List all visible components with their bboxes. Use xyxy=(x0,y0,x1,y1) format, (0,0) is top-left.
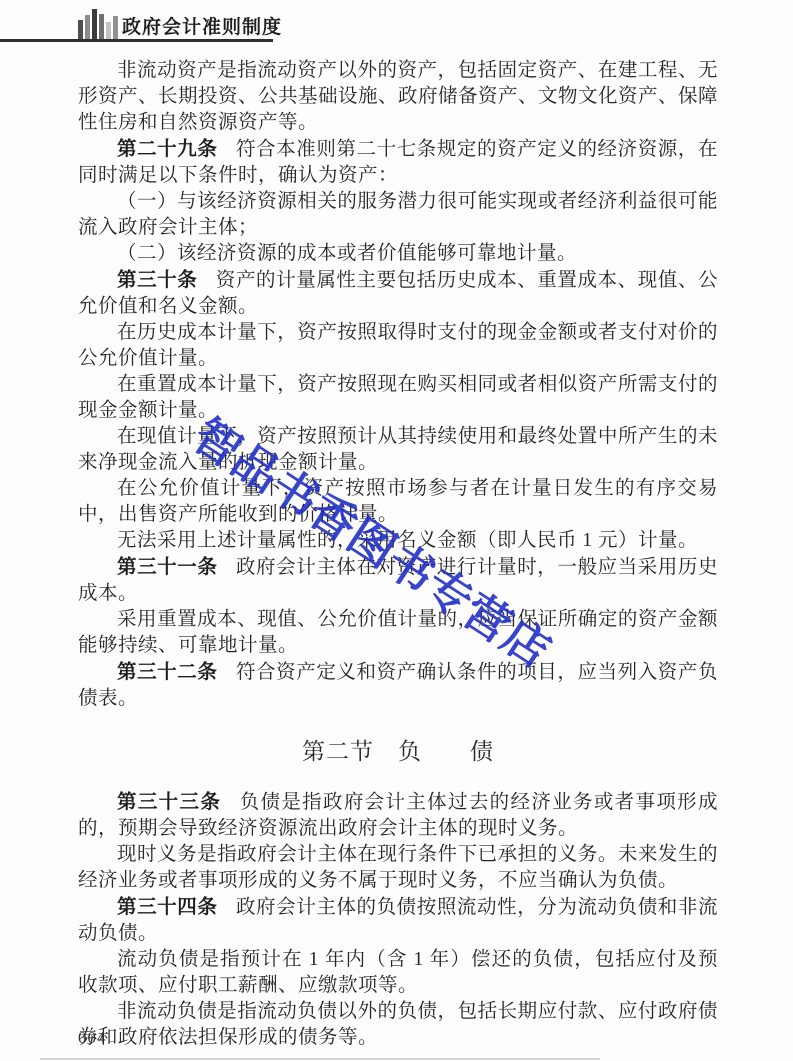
section-liabilities-paragraphs: 第三十三条负债是指政府会计主体过去的经济业务或者事项形成的，预期会导致经济资源流… xyxy=(78,789,718,1051)
logo-bar xyxy=(99,14,104,41)
book-title: 政府会计准则制度 xyxy=(122,12,282,39)
paragraph: 在历史成本计量下，资产按照取得时支付的现金金额或者支付对价的公允价值计量。 xyxy=(78,320,718,372)
logo-bar xyxy=(78,20,83,41)
paragraph-text: 现时义务是指政府会计主体在现行条件下已承担的义务。未来发生的经济业务或者事项形成… xyxy=(78,844,718,891)
paragraph: （一）与该经济资源相关的服务潜力很可能实现或者经济利益很可能流入政府会计主体； xyxy=(78,189,718,241)
paragraph: 非流动资产是指流动资产以外的资产，包括固定资产、在建工程、无形资产、长期投资、公… xyxy=(78,58,718,136)
logo-bar xyxy=(113,16,118,41)
paragraph: 第三十三条负债是指政府会计主体过去的经济业务或者事项形成的，预期会导致经济资源流… xyxy=(78,789,718,842)
bar-chart-logo-icon xyxy=(78,7,118,41)
page-header: 政府会计准则制度 xyxy=(0,0,793,48)
paragraph: 在公允价值计量下，资产按照市场参与者在计量日发生的有序交易中，出售资产所能收到的… xyxy=(78,476,718,528)
article-number: 第三十条 xyxy=(117,269,197,291)
article-number: 第三十四条 xyxy=(117,896,217,918)
paragraph-text: 非流动负债是指流动负债以外的负债，包括长期应付款、应付政府债券和政府依法担保形成… xyxy=(78,1001,718,1048)
paragraph-text: 无法采用上述计量属性的，采用名义金额（即人民币 1 元）计量。 xyxy=(117,530,698,551)
article-number: 第三十三条 xyxy=(117,791,221,813)
paragraph: 第三十二条符合资产定义和资产确认条件的项目，应当列入资产负债表。 xyxy=(78,659,718,712)
paragraph: 采用重置成本、现值、公允价值计量的，应当保证所确定的资产金额能够持续、可靠地计量… xyxy=(78,607,718,659)
paragraph: 在重置成本计量下，资产按照现在购买相同或者相似资产所需支付的现金金额计量。 xyxy=(78,372,718,424)
paragraph: 第三十四条政府会计主体的负债按照流动性，分为流动负债和非流动负债。 xyxy=(78,894,718,947)
paragraph-text: （一）与该经济资源相关的服务潜力很可能实现或者经济利益很可能流入政府会计主体； xyxy=(78,191,718,238)
paragraph-text: 流动负债是指预计在 1 年内（含 1 年）偿还的负债，包括应付及预收款项、应付职… xyxy=(78,949,718,996)
paragraph: 流动负债是指预计在 1 年内（含 1 年）偿还的负债，包括应付及预收款项、应付职… xyxy=(78,947,718,999)
paragraph-text: 采用重置成本、现值、公允价值计量的，应当保证所确定的资产金额能够持续、可靠地计量… xyxy=(78,609,718,656)
paragraph: 在现值计量下，资产按照预计从其持续使用和最终处置中所产生的未来净现金流入量的折现… xyxy=(78,424,718,476)
paragraph: 非流动负债是指流动负债以外的负债，包括长期应付款、应付政府债券和政府依法担保形成… xyxy=(78,999,718,1051)
paragraph-text: 在现值计量下，资产按照预计从其持续使用和最终处置中所产生的未来净现金流入量的折现… xyxy=(78,426,718,473)
paragraph: 第三十条资产的计量属性主要包括历史成本、重置成本、现值、公允价值和名义金额。 xyxy=(78,267,718,320)
paragraph: 现时义务是指政府会计主体在现行条件下已承担的义务。未来发生的经济业务或者事项形成… xyxy=(78,842,718,894)
paragraph-text: 在重置成本计量下，资产按照现在购买相同或者相似资产所需支付的现金金额计量。 xyxy=(78,374,718,421)
paragraph-text: （二）该经济资源的成本或者价值能够可靠地计量。 xyxy=(117,243,577,264)
article-number: 第二十九条 xyxy=(117,138,217,160)
paragraph-text: 在公允价值计量下，资产按照市场参与者在计量日发生的有序交易中，出售资产所能收到的… xyxy=(78,478,718,525)
article-number: 第三十一条 xyxy=(117,556,217,578)
bottom-rule xyxy=(40,1058,600,1060)
paragraph-text: 在历史成本计量下，资产按照取得时支付的现金金额或者支付对价的公允价值计量。 xyxy=(78,322,718,369)
book-page: 政府会计准则制度 非流动资产是指流动资产以外的资产，包括固定资产、在建工程、无形… xyxy=(0,0,793,1061)
logo-bar xyxy=(92,9,97,41)
header-rule xyxy=(0,39,273,42)
section-assets-paragraphs: 非流动资产是指流动资产以外的资产，包括固定资产、在建工程、无形资产、长期投资、公… xyxy=(78,58,718,712)
paragraph: （二）该经济资源的成本或者价值能够可靠地计量。 xyxy=(78,241,718,267)
page-number: 004 xyxy=(78,1028,107,1048)
paragraph: 第三十一条政府会计主体在对资产进行计量时，一般应当采用历史成本。 xyxy=(78,554,718,607)
logo-bar xyxy=(85,15,90,41)
article-number: 第三十二条 xyxy=(117,661,217,683)
section-heading: 第二节 负 债 xyxy=(78,733,718,766)
page-body: 非流动资产是指流动资产以外的资产，包括固定资产、在建工程、无形资产、长期投资、公… xyxy=(78,58,718,1051)
paragraph: 第二十九条符合本准则第二十七条规定的资产定义的经济资源，在同时满足以下条件时，确… xyxy=(78,136,718,189)
paragraph-text: 非流动资产是指流动资产以外的资产，包括固定资产、在建工程、无形资产、长期投资、公… xyxy=(78,60,718,133)
paragraph: 无法采用上述计量属性的，采用名义金额（即人民币 1 元）计量。 xyxy=(78,528,718,554)
